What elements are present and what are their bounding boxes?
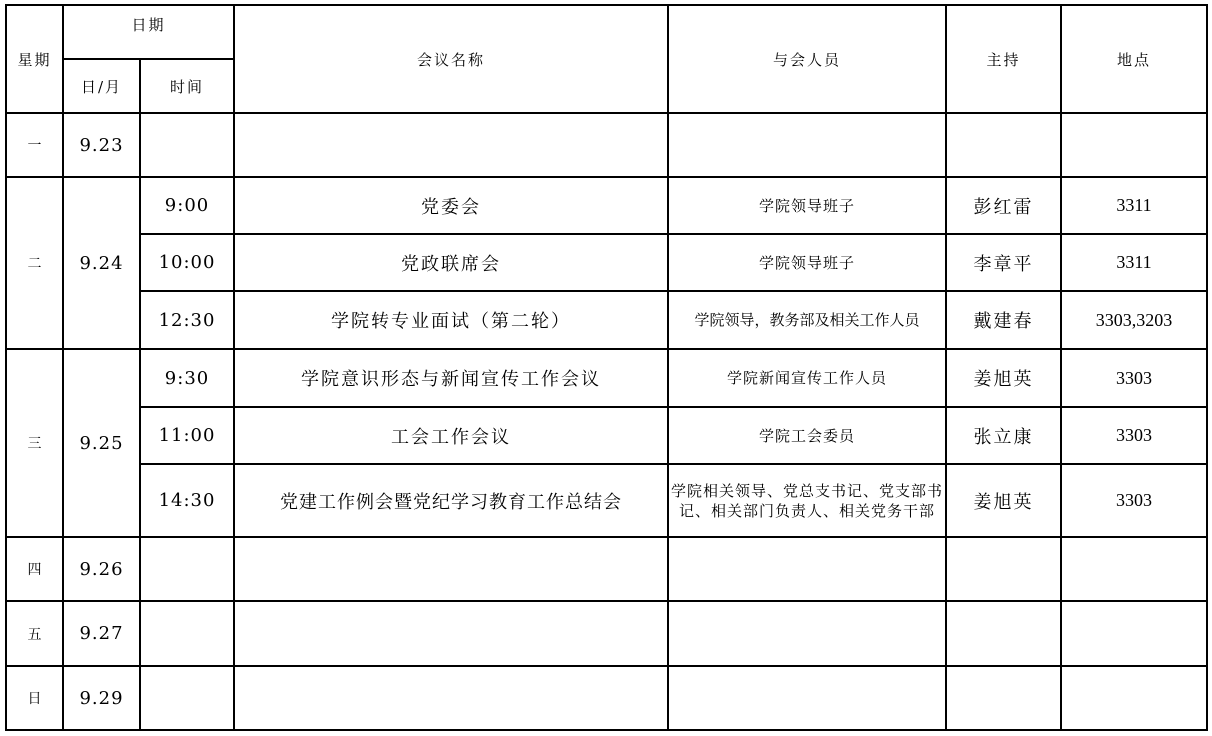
table-row: 11:00 工会工作会议 学院工会委员 张立康 3303 bbox=[6, 407, 1207, 464]
table-row: 一 9.23 bbox=[6, 113, 1207, 177]
weekday-cell: 一 bbox=[6, 113, 63, 177]
table-row: 五 9.27 bbox=[6, 601, 1207, 666]
header-host: 主持 bbox=[946, 5, 1061, 113]
attendees-cell bbox=[668, 666, 946, 730]
attendees-cell: 学院领导班子 bbox=[668, 177, 946, 234]
date-cell: 9.29 bbox=[63, 666, 140, 730]
date-cell: 9.25 bbox=[63, 349, 140, 537]
location-cell bbox=[1061, 113, 1207, 177]
date-cell: 9.26 bbox=[63, 537, 140, 601]
table-row: 12:30 学院转专业面试（第二轮） 学院领导，教务部及相关工作人员 戴建春 3… bbox=[6, 291, 1207, 349]
meeting-name-cell: 党政联席会 bbox=[234, 234, 668, 291]
host-cell: 彭红雷 bbox=[946, 177, 1061, 234]
host-cell bbox=[946, 537, 1061, 601]
host-cell: 姜旭英 bbox=[946, 349, 1061, 407]
header-weekday: 星期 bbox=[6, 5, 63, 113]
time-cell: 9:00 bbox=[140, 177, 234, 234]
host-cell: 戴建春 bbox=[946, 291, 1061, 349]
attendees-cell: 学院领导，教务部及相关工作人员 bbox=[668, 291, 946, 349]
attendees-cell: 学院相关领导、党总支书记、党支部书记、相关部门负责人、相关党务干部 bbox=[668, 464, 946, 537]
time-cell bbox=[140, 113, 234, 177]
location-cell: 3311 bbox=[1061, 177, 1207, 234]
time-cell: 12:30 bbox=[140, 291, 234, 349]
meeting-name-cell bbox=[234, 601, 668, 666]
location-cell: 3303 bbox=[1061, 464, 1207, 537]
weekday-cell: 日 bbox=[6, 666, 63, 730]
meeting-name-cell: 学院转专业面试（第二轮） bbox=[234, 291, 668, 349]
host-cell bbox=[946, 113, 1061, 177]
attendees-cell bbox=[668, 601, 946, 666]
meeting-name-cell: 学院意识形态与新闻宣传工作会议 bbox=[234, 349, 668, 407]
time-cell bbox=[140, 666, 234, 730]
header-time: 时间 bbox=[140, 59, 234, 113]
time-cell: 10:00 bbox=[140, 234, 234, 291]
attendees-cell: 学院工会委员 bbox=[668, 407, 946, 464]
header-meeting-name: 会议名称 bbox=[234, 5, 668, 113]
host-cell bbox=[946, 666, 1061, 730]
time-cell bbox=[140, 601, 234, 666]
header-date-group: 日期 bbox=[63, 5, 234, 59]
time-cell: 9:30 bbox=[140, 349, 234, 407]
header-day-month: 日/月 bbox=[63, 59, 140, 113]
table-row: 日 9.29 bbox=[6, 666, 1207, 730]
attendees-cell bbox=[668, 537, 946, 601]
weekday-cell: 五 bbox=[6, 601, 63, 666]
location-cell bbox=[1061, 666, 1207, 730]
meeting-name-cell bbox=[234, 537, 668, 601]
time-cell bbox=[140, 537, 234, 601]
meeting-name-cell: 党委会 bbox=[234, 177, 668, 234]
table-row: 二 9.24 9:00 党委会 学院领导班子 彭红雷 3311 bbox=[6, 177, 1207, 234]
date-cell: 9.27 bbox=[63, 601, 140, 666]
header-attendees: 与会人员 bbox=[668, 5, 946, 113]
host-cell bbox=[946, 601, 1061, 666]
meeting-schedule-table: 星期 日期 会议名称 与会人员 主持 地点 日/月 时间 一 9.23 二 9.… bbox=[5, 4, 1208, 731]
table-row: 三 9.25 9:30 学院意识形态与新闻宣传工作会议 学院新闻宣传工作人员 姜… bbox=[6, 349, 1207, 407]
time-cell: 11:00 bbox=[140, 407, 234, 464]
host-cell: 李章平 bbox=[946, 234, 1061, 291]
header-location: 地点 bbox=[1061, 5, 1207, 113]
weekday-cell: 二 bbox=[6, 177, 63, 349]
meeting-name-cell bbox=[234, 666, 668, 730]
weekday-cell: 四 bbox=[6, 537, 63, 601]
table-row: 14:30 党建工作例会暨党纪学习教育工作总结会 学院相关领导、党总支书记、党支… bbox=[6, 464, 1207, 537]
date-cell: 9.24 bbox=[63, 177, 140, 349]
header-row-1: 星期 日期 会议名称 与会人员 主持 地点 bbox=[6, 5, 1207, 59]
attendees-cell: 学院领导班子 bbox=[668, 234, 946, 291]
time-cell: 14:30 bbox=[140, 464, 234, 537]
location-cell bbox=[1061, 537, 1207, 601]
location-cell: 3303,3203 bbox=[1061, 291, 1207, 349]
location-cell: 3303 bbox=[1061, 407, 1207, 464]
weekday-cell: 三 bbox=[6, 349, 63, 537]
attendees-cell: 学院新闻宣传工作人员 bbox=[668, 349, 946, 407]
meeting-name-cell: 党建工作例会暨党纪学习教育工作总结会 bbox=[234, 464, 668, 537]
host-cell: 姜旭英 bbox=[946, 464, 1061, 537]
table-row: 四 9.26 bbox=[6, 537, 1207, 601]
location-cell bbox=[1061, 601, 1207, 666]
location-cell: 3311 bbox=[1061, 234, 1207, 291]
host-cell: 张立康 bbox=[946, 407, 1061, 464]
attendees-cell bbox=[668, 113, 946, 177]
table-row: 10:00 党政联席会 学院领导班子 李章平 3311 bbox=[6, 234, 1207, 291]
meeting-name-cell: 工会工作会议 bbox=[234, 407, 668, 464]
date-cell: 9.23 bbox=[63, 113, 140, 177]
meeting-name-cell bbox=[234, 113, 668, 177]
location-cell: 3303 bbox=[1061, 349, 1207, 407]
